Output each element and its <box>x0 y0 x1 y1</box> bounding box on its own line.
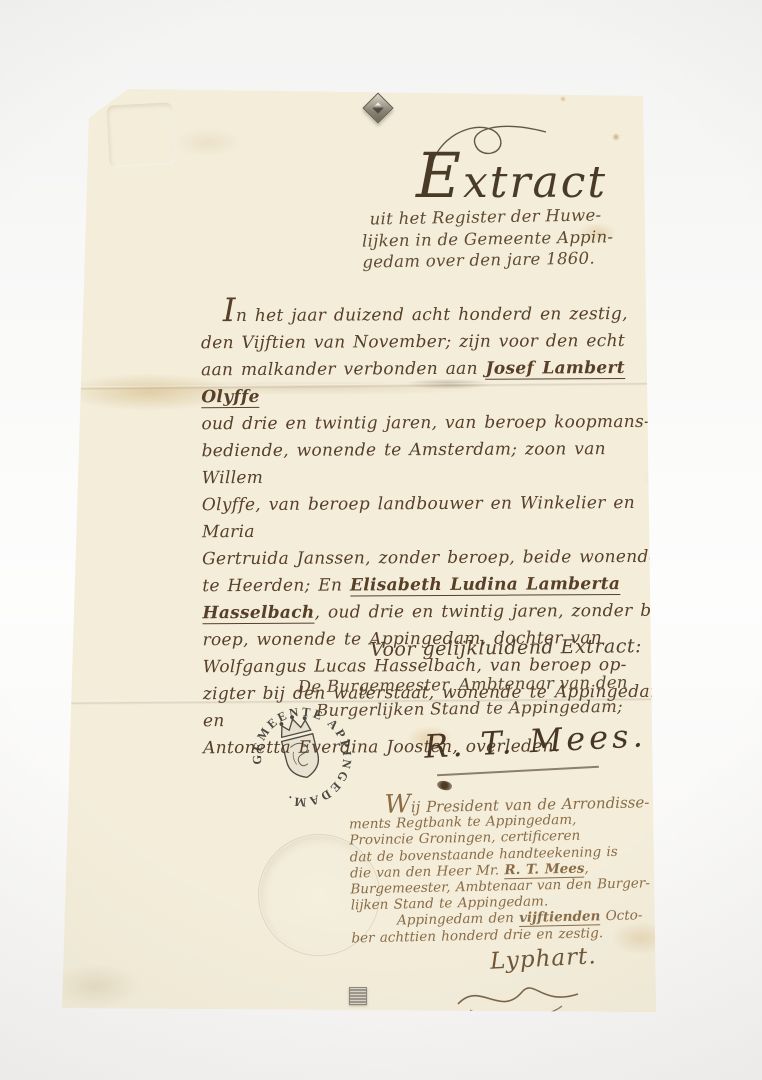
text-line: Hasselbach, oud drie en twintig jaren, z… <box>202 598 668 627</box>
metal-fastener-top <box>362 92 393 123</box>
text-line: den Vijftien van November; zijn voor den… <box>201 328 667 357</box>
text-line: bediende, wonende te Amsterdam; zoon van… <box>202 436 668 492</box>
ink-blot <box>436 779 453 792</box>
text-line: oud drie en twintig jaren, van beroep ko… <box>201 409 667 438</box>
text-line: Olyffe, van beroep landbouwer en Winkeli… <box>202 490 668 546</box>
fastener-pin-icon <box>372 102 383 113</box>
signature-lyphart: Lyphart. <box>489 943 597 975</box>
text-line: gedam over den jare 1860. <box>362 246 662 273</box>
attest-line: Voor gelijkluidend Extract: <box>370 635 642 661</box>
document-subtitle: uit het Register der Huwe-lijken in de G… <box>361 203 662 273</box>
attestation-paragraph: Wij President van de Arrondisse-ments Re… <box>348 792 685 947</box>
text-line: aan malkander verbonden aan Josef Lamber… <box>201 355 667 411</box>
signature-underline <box>437 766 599 776</box>
text-line: Gertruida Janssen, zonder beroep, beide … <box>202 544 668 573</box>
photo-background: Extract uit het Register der Huwe-lijken… <box>0 0 762 1080</box>
document-title: Extract <box>416 140 636 212</box>
document-paper: Extract uit het Register der Huwe-lijken… <box>0 0 762 1080</box>
text-line: In het jaar duizend acht honderd en zest… <box>201 299 667 330</box>
text-line: te Heerden; En Elisabeth Ludina Lamberta <box>202 571 668 600</box>
metal-fastener-bottom <box>349 987 367 1005</box>
signature-flourish-icon <box>450 978 590 1022</box>
embossed-blind-stamp <box>106 102 175 167</box>
